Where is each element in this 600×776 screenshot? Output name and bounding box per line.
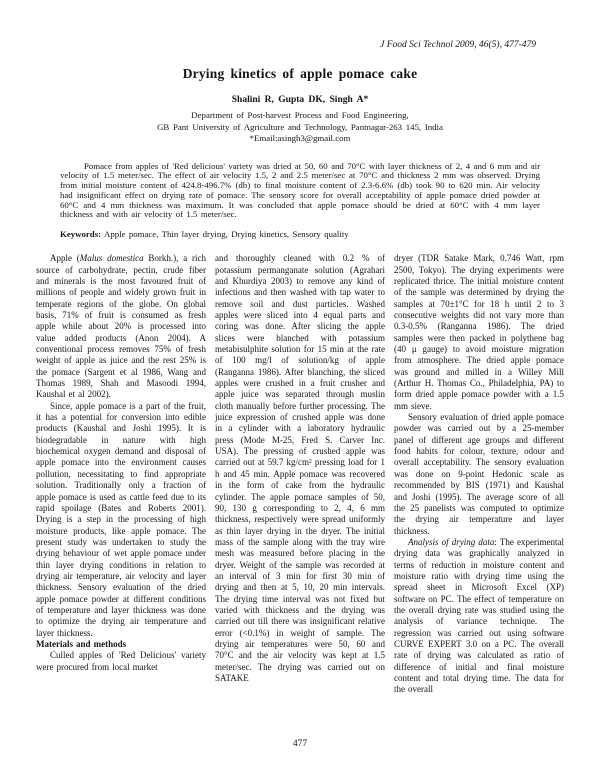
methods-paragraph-continued: and thoroughly cleaned with 0.2 % of pot… (215, 253, 385, 684)
journal-page: J Food Sci Technol 2009, 46(5), 477-479 … (0, 0, 600, 776)
intro-paragraph-1-rest: Borkh.), a rich source of carbohydrate, … (36, 253, 206, 399)
methods-paragraph-1: Culled apples of 'Red Delicious' variety… (36, 650, 206, 673)
email-line: *Email:asingh3@gmail.com (0, 133, 600, 145)
materials-methods-heading: Materials and methods (36, 639, 206, 650)
body-columns: Apple (Malus domestica Borkh.), a rich s… (36, 253, 564, 695)
latin-species-name-italic: Malus domestica (80, 253, 144, 263)
affiliation-line-2: GB Pant University of Agriculture and Te… (0, 122, 600, 134)
keywords-text: Apple pomace, Thin layer drying, Drying … (101, 229, 349, 239)
intro-paragraph-2: Since, apple pomace is a part of the fru… (36, 401, 206, 639)
column-right: dryer (TDR Satake Mark, 0.746 Watt, rpm … (394, 253, 564, 695)
analysis-lead-italic: Analysis of drying data (408, 537, 494, 547)
intro-paragraph-1: Apple (Malus domestica Borkh.), a rich s… (36, 253, 206, 400)
keywords-line: Keywords: Apple pomace, Thin layer dryin… (60, 229, 540, 239)
keywords-label: Keywords: (60, 229, 101, 239)
drying-procedure-paragraph: dryer (TDR Satake Mark, 0.746 Watt, rpm … (394, 253, 564, 412)
sensory-evaluation-paragraph: Sensory evaluation of dried apple pomace… (394, 412, 564, 537)
authors-line: Shalini R, Gupta DK, Singh A* (0, 95, 600, 105)
column-middle: and thoroughly cleaned with 0.2 % of pot… (215, 253, 385, 695)
analysis-paragraph-rest: : The experimental drying data was graph… (394, 537, 564, 694)
intro-paragraph-1-text: Apple ( (50, 253, 80, 263)
article-title: Drying kinetics of apple pomace cake (0, 66, 600, 82)
column-left: Apple (Malus domestica Borkh.), a rich s… (36, 253, 206, 695)
abstract-paragraph: Pomace from apples of 'Red delicious' va… (60, 162, 540, 221)
affiliation-line-1: Department of Post-harvest Process and F… (0, 110, 600, 122)
page-number: 477 (0, 739, 600, 749)
journal-reference: J Food Sci Technol 2009, 46(5), 477-479 (380, 40, 536, 50)
analysis-paragraph: Analysis of drying data: The experimenta… (394, 537, 564, 696)
